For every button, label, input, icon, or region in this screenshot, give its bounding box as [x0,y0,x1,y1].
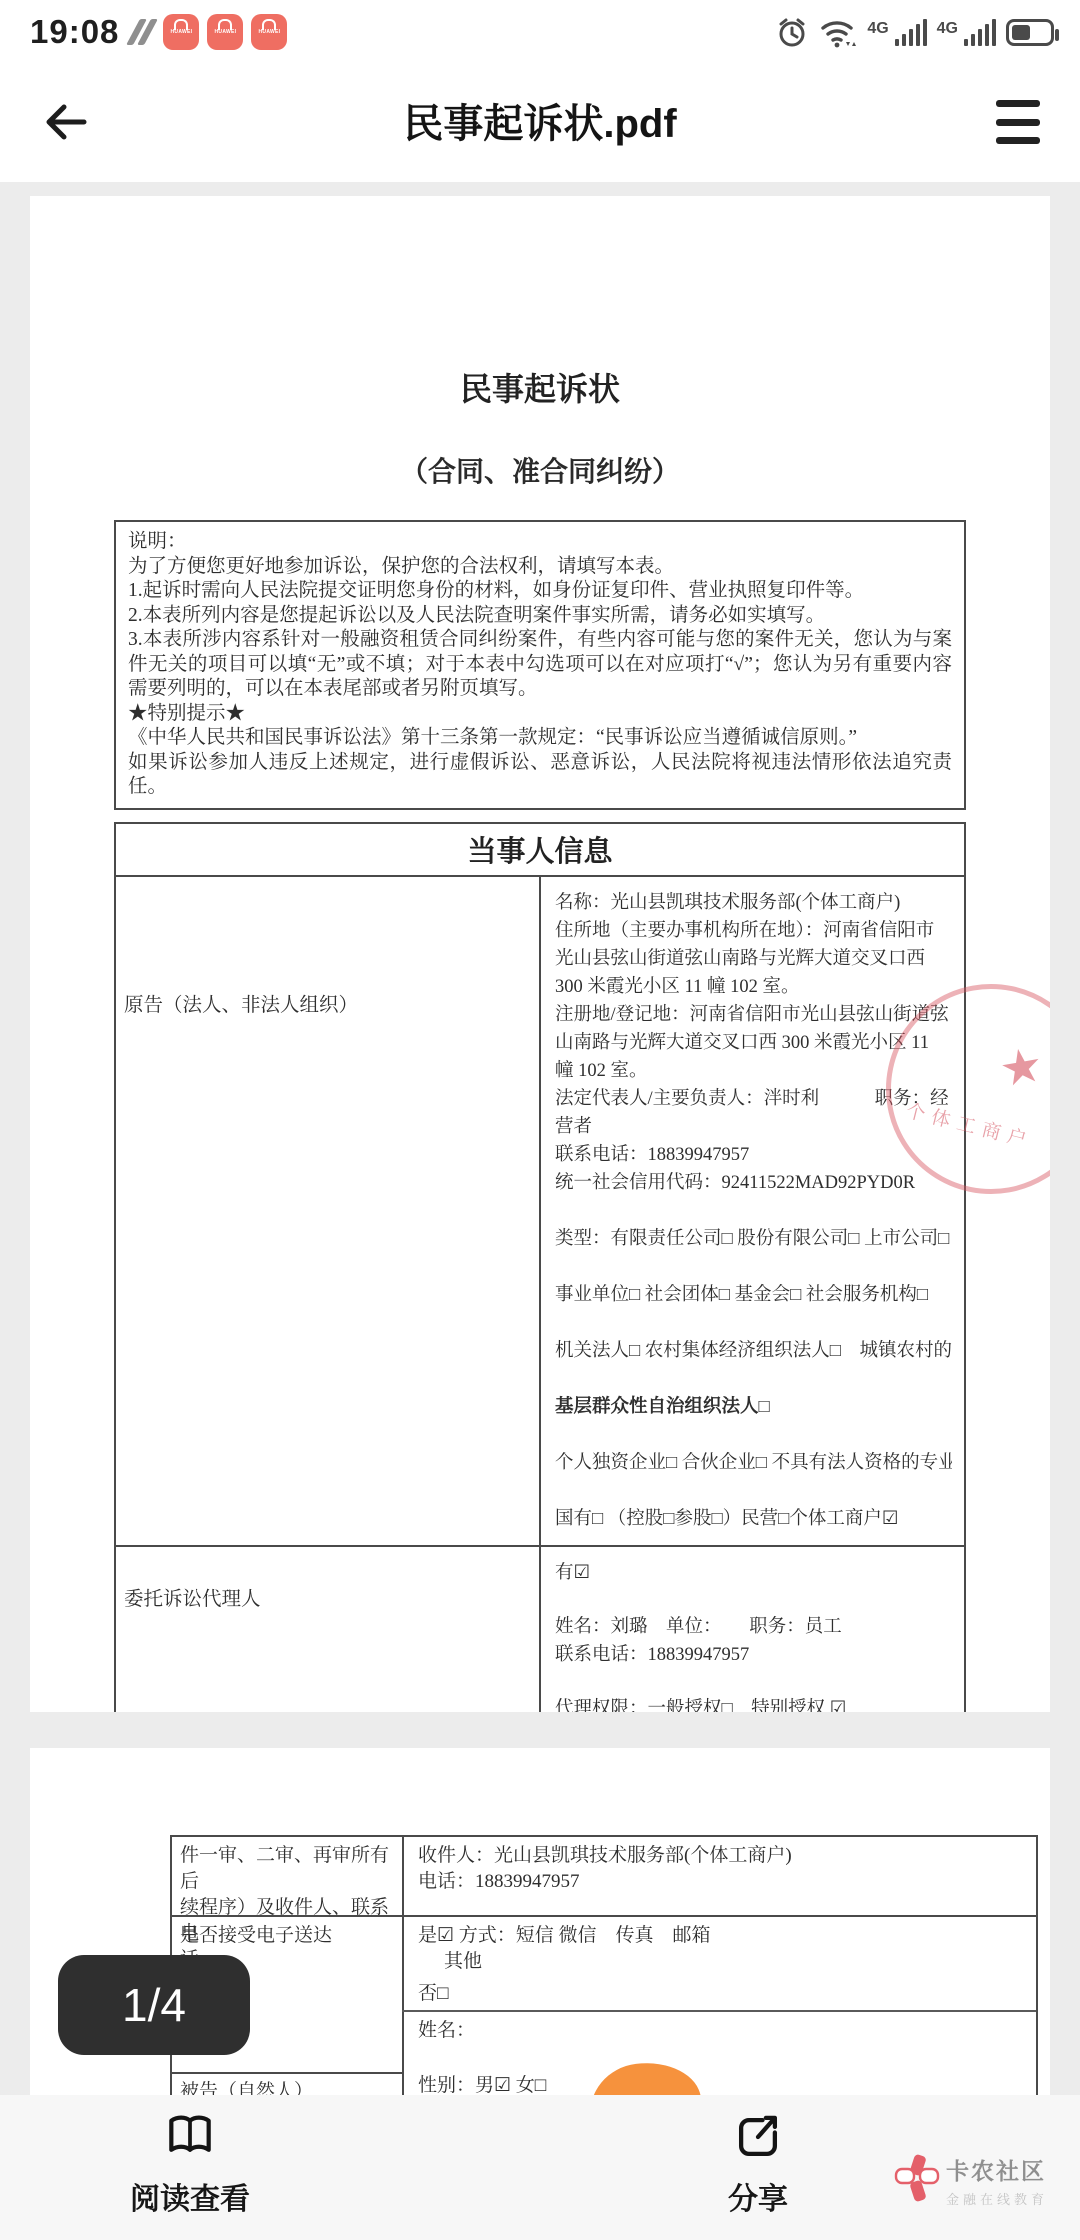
instructions-box: 说明： 为了方便您更好地参加诉讼，保护您的合法权利，请填写本表。 1.起诉时需向… [114,520,966,810]
checkbox-line: 基层群众性自治组织法人□ [555,1393,952,1421]
document-title: 民事起诉状 [114,364,966,410]
huawei-store-icon: HUAWEI [251,14,287,50]
alarm-icon [775,15,809,49]
defendant-name-line: 姓名： [418,2018,1028,2044]
field-line: 联系电话：18839947957 [555,1641,952,1669]
e-service-label: 是否接受电子送达 [180,1923,394,1949]
open-book-icon [161,2109,219,2165]
field-line: 法定代表人/主要负责人：泮时利 职务：经营者 [555,1085,952,1141]
notice-line: ★特别提示★ [128,702,952,727]
signal-4g-icon-1: 4G [867,19,926,46]
huawei-store-icon: HUAWEI [207,14,243,50]
status-bar: 19:08 HUAWEI HUAWEI HUAWEI 4G [0,0,1080,58]
battery-icon [1006,19,1054,46]
kanong-logo-icon [894,2153,940,2205]
field-line: 统一社会信用代码：92411522MAD92PYD0R [555,1169,952,1197]
field-line: 代理权限：一般授权□ 特别授权 ☑ [555,1695,952,1713]
field-line: 联系电话：18839947957 [555,1141,952,1169]
defendant-label: 被告（自然人） [180,2079,394,2095]
notice-line: 如果诉讼参加人违反上述规定，进行虚假诉讼、恶意诉讼，人民法院将视违法情形依法追究… [128,751,952,800]
plaintiff-details: 名称：光山县凯琪技术服务部(个体工商户) 住所地（主要办事机构所在地）：河南省信… [540,876,965,1546]
page-title: 民事起诉状.pdf [0,92,1080,149]
pdf-page-1: 民事起诉状 （合同、准合同纠纷） 说明： 为了方便您更好地参加诉讼，保护您的合法… [30,196,1050,1712]
notice-line: 说明： [128,530,952,555]
share-button[interactable]: 分享 [648,2109,868,2218]
signal-4g-icon-2: 4G [937,19,996,46]
case-scope-label: 件一审、二审、再审所有后 续程序）及收件人、联系电 话 [180,1843,394,1973]
page-indicator: 1/4 [58,1955,250,2055]
notice-line: 《中华人民共和国民事诉讼法》第十三条第一款规定：“民事诉讼应当遵循诚信原则。” [128,726,952,751]
checkbox-line: 个人独资企业□ 合伙企业□ 不具有法人资格的专业服务机构□ [555,1449,952,1477]
defendant-gender-line: 性别：男☑ 女□ [418,2073,1028,2095]
service-info-table: 件一审、二审、再审所有后 续程序）及收件人、联系电 话 收件人：光山县凯琪技术服… [170,1835,1038,2095]
clock-time: 19:08 [30,13,119,51]
notice-line: 2.本表所列内容是您提起诉讼以及人民法院查明案件事实所需，请务必如实填写。 [128,604,952,629]
watermark: 卡农社区 金融在线教育 [894,2153,1064,2208]
e-service-value: 是☑ 方式：短信 微信 传真 邮箱 其他 否□ [418,1923,1028,2007]
read-view-button[interactable]: 阅读查看 [80,2109,300,2218]
agent-label: 委托诉讼代理人 [115,1546,540,1713]
field-line: 住所地（主要办事机构所在地）：河南省信阳市光山县弦山街道弦山南路与光辉大道交叉口… [555,917,952,1001]
notification-badges: HUAWEI HUAWEI HUAWEI [163,14,287,50]
field-line: 姓名：刘璐 单位： 职务：员工 [555,1613,952,1641]
pdf-viewer[interactable]: 民事起诉状 （合同、准合同纠纷） 说明： 为了方便您更好地参加诉讼，保护您的合法… [0,182,1080,2095]
wifi-icon [819,15,857,49]
health-app-icon [126,19,158,45]
share-icon [731,2109,785,2165]
checkbox-line: 机关法人□ 农村集体经济组织法人□ 城镇农村的合作经济组织法人□ [555,1337,952,1365]
watermark-subtitle: 金融在线教育 [946,2189,1048,2208]
read-view-label: 阅读查看 [80,2174,300,2218]
watermark-title: 卡农社区 [946,2153,1048,2186]
huawei-store-icon: HUAWEI [163,14,199,50]
notice-line: 1.起诉时需向人民法院提交证明您身份的材料，如身份证复印件、营业执照复印件等。 [128,579,952,604]
notice-line: 为了方便您更好地参加诉讼，保护您的合法权利，请填写本表。 [128,555,952,580]
plaintiff-label: 原告（法人、非法人组织） [115,876,540,1546]
field-line: 注册地/登记地：河南省信阳市光山县弦山街道弦山南路与光辉大道交叉口西 300 米… [555,1001,952,1085]
recipient-value: 收件人：光山县凯琪技术服务部(个体工商户) 电话：18839947957 [418,1843,1028,1895]
field-line: 有☑ [555,1559,952,1587]
bottom-toolbar: 阅读查看 分享 卡农社区 金融在线教育 [0,2095,1080,2240]
agent-details: 有☑ 姓名：刘璐 单位： 职务：员工 联系电话：18839947957 代理权限… [540,1546,965,1713]
checkbox-line: 国有□ （控股□参股□）民营□个体工商户☑ [555,1505,952,1533]
share-label: 分享 [648,2174,868,2218]
document-subtitle: （合同、准合同纠纷） [114,450,966,490]
checkbox-line: 事业单位□ 社会团体□ 基金会□ 社会服务机构□ [555,1281,952,1309]
checkbox-line: 类型：有限责任公司□ 股份有限公司□ 上市公司□ 其他企业法人□ [555,1225,952,1253]
field-line: 名称：光山县凯琪技术服务部(个体工商户) [555,889,952,917]
app-header: 民事起诉状.pdf [0,58,1080,182]
party-info-table: 当事人信息 原告（法人、非法人组织） 名称：光山县凯琪技术服务部(个体工商户) … [114,822,966,1713]
notice-line: 3.本表所涉内容系针对一般融资租赁合同纠纷案件，有些内容可能与您的案件无关，您认… [128,628,952,702]
section-header: 当事人信息 [115,823,965,876]
more-menu-button[interactable] [988,100,1040,144]
